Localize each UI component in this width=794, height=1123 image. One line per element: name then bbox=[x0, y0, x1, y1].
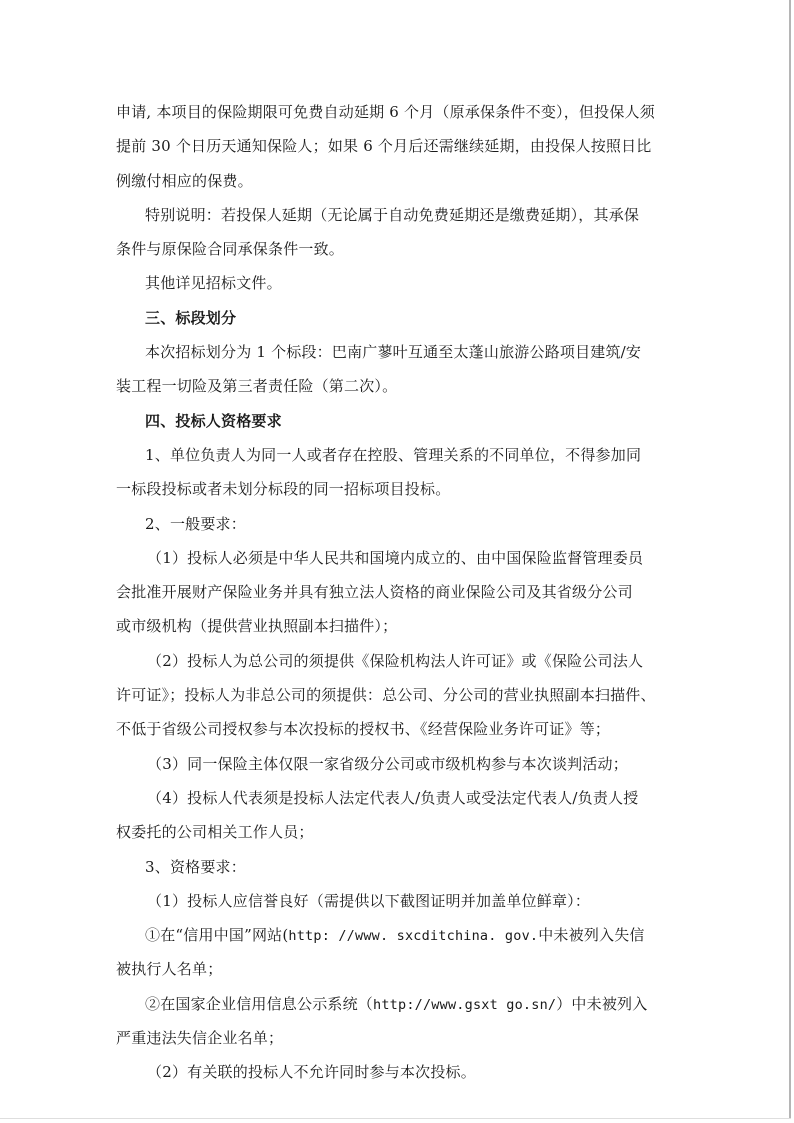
requirement-item-1: 1、单位负责人为同一人或者存在控股、管理关系的不同单位，不得参加同 一标段投标或… bbox=[116, 441, 676, 510]
text-line: 例缴付相应的保费。 bbox=[116, 167, 676, 201]
page-edge-bottom bbox=[0, 1118, 791, 1119]
text-line: （1）投标人必须是中华人民共和国境内成立的、由中国保险监督管理委员 bbox=[116, 544, 676, 578]
text-line: （4）投标人代表须是投标人法定代表人/负责人或受法定代表人/负责人授 bbox=[116, 784, 676, 818]
text-line: （2）有关联的投标人不允许同时参与本次投标。 bbox=[116, 1058, 676, 1092]
text-line: ①在“信用中国”网站(http: //www. sxcditchina. gov… bbox=[116, 921, 676, 955]
general-requirement-3: （3）同一保险主体仅限一家省级分公司或市级机构参与本次谈判活动； bbox=[116, 750, 676, 784]
credit-check-credit-china: ①在“信用中国”网站(http: //www. sxcditchina. gov… bbox=[116, 921, 676, 990]
paragraph-extension-terms: 申请, 本项目的保险期限可免费自动延期 6 个月（原承保条件不变），但投保人须 … bbox=[116, 98, 676, 201]
document-page: 申请, 本项目的保险期限可免费自动延期 6 个月（原承保条件不变），但投保人须 … bbox=[0, 0, 794, 1123]
text-line: 许可证》；投标人为非总公司的须提供：总公司、分公司的营业执照副本扫描件、 bbox=[116, 681, 676, 715]
url-link-credit-china[interactable]: http: //www. sxcditchina. gov. bbox=[288, 928, 538, 944]
paragraph-other-details: 其他详见招标文件。 bbox=[116, 269, 676, 303]
text-line: 权委托的公司相关工作人员； bbox=[116, 818, 676, 852]
text-line: ②在国家企业信用信息公示系统（http://www.gsxt go.sn/）中未… bbox=[116, 990, 676, 1024]
text-line: 条件与原保险合同承保条件一致。 bbox=[116, 235, 676, 269]
text-line: （2）投标人为总公司的须提供《保险机构法人许可证》或《保险公司法人 bbox=[116, 647, 676, 681]
item-title: 3、资格要求： bbox=[116, 853, 676, 887]
text-line: 特别说明：若投保人延期（无论属于自动免费延期还是缴费延期），其承保 bbox=[116, 201, 676, 235]
text-line: （3）同一保险主体仅限一家省级分公司或市级机构参与本次谈判活动； bbox=[116, 750, 676, 784]
text-line: 提前 30 个日历天通知保险人；如果 6 个月后还需继续延期，由投保人按照日比 bbox=[116, 132, 676, 166]
text-line: 一标段投标或者未划分标段的同一招标项目投标。 bbox=[116, 475, 676, 509]
page-edge-right bbox=[789, 0, 791, 1118]
text-fragment: ①在“信用中国”网站( bbox=[145, 926, 288, 944]
credit-check-gsxt: ②在国家企业信用信息公示系统（http://www.gsxt go.sn/）中未… bbox=[116, 990, 676, 1059]
text-line: 会批准开展财产保险业务并具有独立法人资格的商业保险公司及其省级分公司 bbox=[116, 578, 676, 612]
text-line: 被执行人名单； bbox=[116, 955, 676, 989]
section-heading: 四、投标人资格要求 bbox=[116, 407, 676, 441]
text-line: 申请, 本项目的保险期限可免费自动延期 6 个月（原承保条件不变），但投保人须 bbox=[116, 98, 676, 132]
text-line: 或市级机构（提供营业执照副本扫描件）； bbox=[116, 612, 676, 646]
section-heading: 三、标段划分 bbox=[116, 304, 676, 338]
text-line: 本次招标划分为 1 个标段：巴南广蓼叶互通至太蓬山旅游公路项目建筑/安 bbox=[116, 338, 676, 372]
text-line: （1）投标人应信誉良好（需提供以下截图证明并加盖单位鲜章）： bbox=[116, 887, 676, 921]
text-fragment: ）中未被列入 bbox=[556, 995, 647, 1013]
text-fragment: ②在国家企业信用信息公示系统（ bbox=[145, 995, 373, 1013]
url-link-gsxt[interactable]: http://www.gsxt go.sn/ bbox=[373, 997, 556, 1013]
paragraph-special-note: 特别说明：若投保人延期（无论属于自动免费延期还是缴费延期），其承保 条件与原保险… bbox=[116, 201, 676, 270]
document-body: 申请, 本项目的保险期限可免费自动延期 6 个月（原承保条件不变），但投保人须 … bbox=[116, 98, 676, 1093]
text-line: 1、单位负责人为同一人或者存在控股、管理关系的不同单位，不得参加同 bbox=[116, 441, 676, 475]
text-line: 不低于省级公司授权参与本次投标的授权书、《经营保险业务许可证》等； bbox=[116, 715, 676, 749]
general-requirement-1: （1）投标人必须是中华人民共和国境内成立的、由中国保险监督管理委员 会批准开展财… bbox=[116, 544, 676, 647]
item-title: 2、一般要求： bbox=[116, 510, 676, 544]
text-line: 其他详见招标文件。 bbox=[116, 269, 676, 303]
section-bidder-qualifications: 四、投标人资格要求 1、单位负责人为同一人或者存在控股、管理关系的不同单位，不得… bbox=[116, 407, 676, 1093]
text-fragment: 中未被列入失信 bbox=[538, 926, 644, 944]
requirement-item-3: 3、资格要求： （1）投标人应信誉良好（需提供以下截图证明并加盖单位鲜章）： ①… bbox=[116, 853, 676, 1093]
text-line: 装工程一切险及第三者责任险（第二次）。 bbox=[116, 372, 676, 406]
requirement-item-2: 2、一般要求： （1）投标人必须是中华人民共和国境内成立的、由中国保险监督管理委… bbox=[116, 510, 676, 853]
general-requirement-2: （2）投标人为总公司的须提供《保险机构法人许可证》或《保险公司法人 许可证》；投… bbox=[116, 647, 676, 750]
general-requirement-4: （4）投标人代表须是投标人法定代表人/负责人或受法定代表人/负责人授 权委托的公… bbox=[116, 784, 676, 853]
section-lot-division: 三、标段划分 本次招标划分为 1 个标段：巴南广蓼叶互通至太蓬山旅游公路项目建筑… bbox=[116, 304, 676, 407]
text-line: 严重违法失信企业名单； bbox=[116, 1024, 676, 1058]
